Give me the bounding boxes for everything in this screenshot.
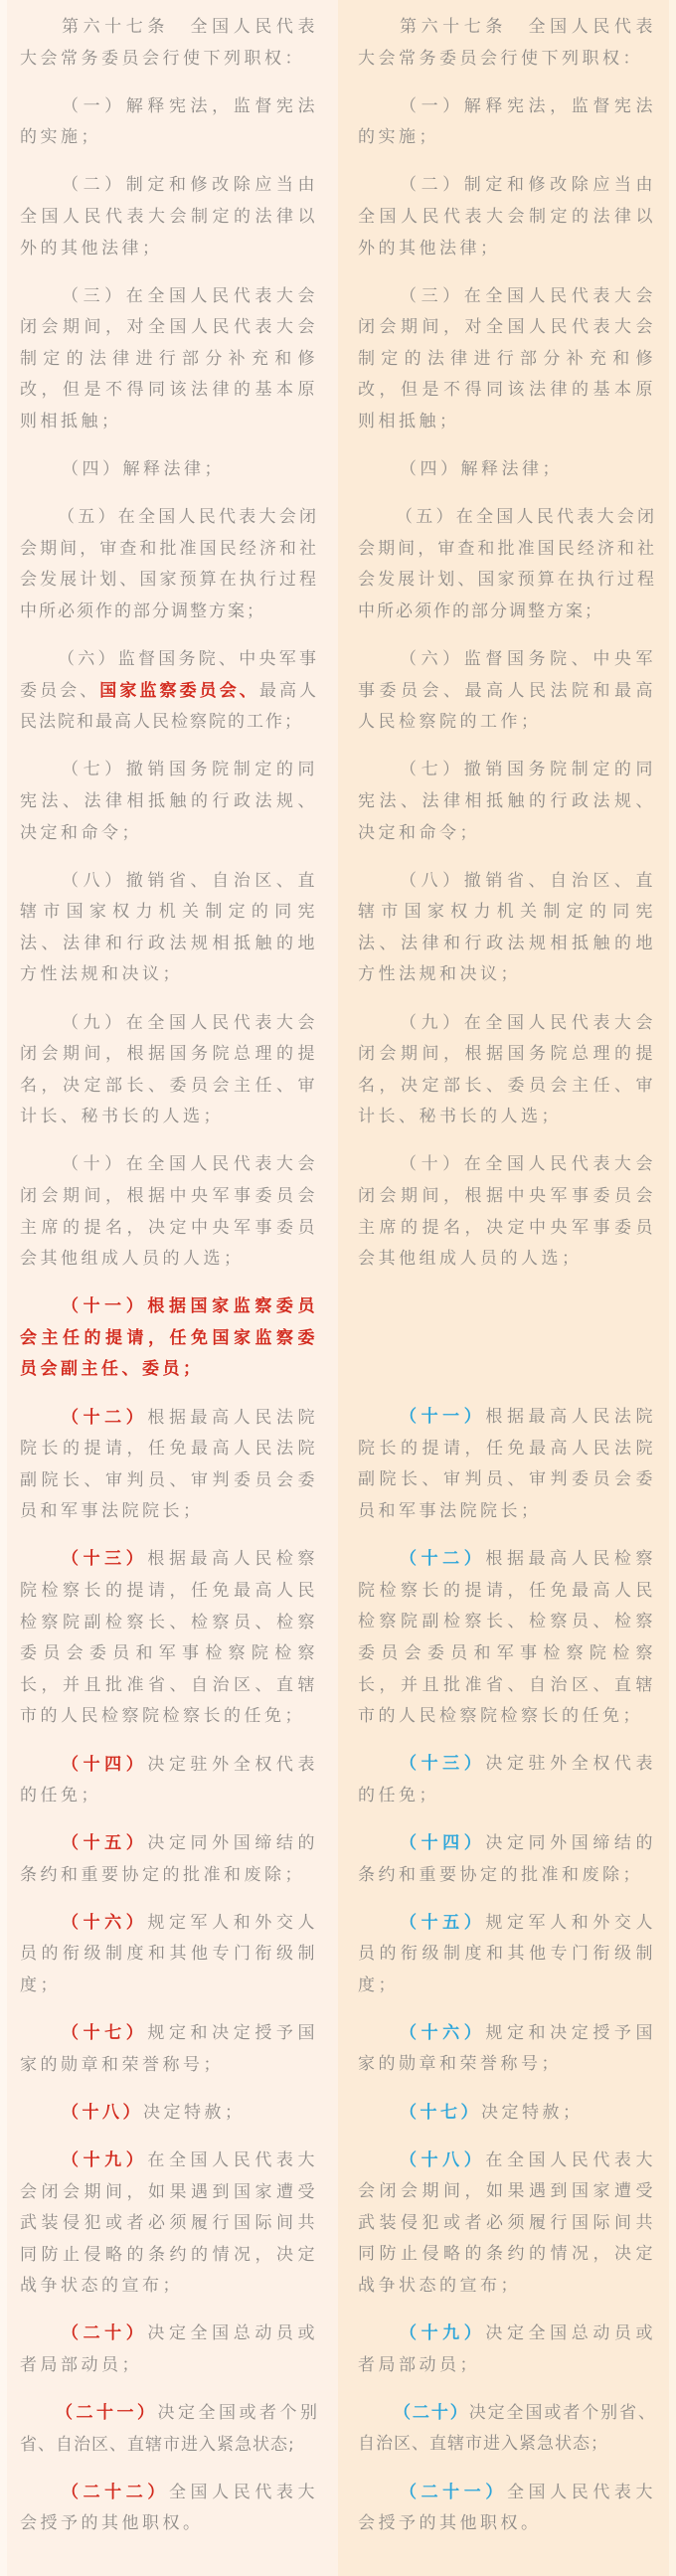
clause-item: （十二）根据最高人民法院院长的提请，任免最高人民法院副院长、审判员、审判委员会委… [20,1403,318,1528]
clause-text: 第六十七条 全国人民代表大会常务委员会行使下列职权： [358,17,656,69]
clause-item: （一）解释宪法，监督宪法的实施； [20,91,318,154]
highlighted-text: （十七） [62,2023,147,2043]
highlighted-text: （二十二） [62,2483,169,2502]
clause-item: （十六）规定军人和外交人员的衔级制度和其他专门衔级制度； [20,1908,318,2002]
clause-item: （四）解释法律； [358,454,656,486]
clause-item: （四）解释法律； [20,454,318,486]
clause-item: （三）在全国人民代表大会闭会期间，对全国人民代表大会制定的法律进行部分补充和修改… [358,281,656,438]
highlighted-text: （十五） [62,1833,147,1853]
clause-item: （十）在全国人民代表大会闭会期间，根据中央军事委员会主席的提名，决定中央军事委员… [20,1149,318,1275]
clause-text: （九）在全国人民代表大会闭会期间，根据国务院总理的提名，决定部长、委员会主任、审… [358,1013,656,1127]
clause-item: （十九）在全国人民代表大会闭会期间，如果遇到国家遭受武装侵犯或者必须履行国际间共… [20,2146,318,2303]
clause-item: （九）在全国人民代表大会闭会期间，根据国务院总理的提名，决定部长、委员会主任、审… [20,1008,318,1133]
clause-item: （八）撤销省、自治区、直辖市国家权力机关制定的同宪法、法律和行政法规相抵触的地方… [358,866,656,991]
clause-item: （十八）在全国人民代表大会闭会期间，如果遇到国家遭受武装侵犯或者必须履行国际间共… [358,2146,656,2303]
clause-text: （四）解释法律； [62,459,225,479]
highlighted-text: （二十） [62,2323,147,2343]
clause-item: （十一）根据最高人民法院院长的提请，任免最高人民法院副院长、审判员、审判委员会委… [358,1402,656,1527]
clause-item: （九）在全国人民代表大会闭会期间，根据国务院总理的提名，决定部长、委员会主任、审… [358,1008,656,1133]
clause-text: 根据最高人民检察院检察长的提请，任免最高人民检察院副检察长、检察员、检察委员会委… [20,1549,318,1726]
highlighted-text: （二十一） [56,2403,158,2423]
clause-item: （十八）决定特赦； [20,2098,318,2130]
highlighted-text: （十二） [62,1408,147,1428]
clause-text: （五）在全国人民代表大会闭会期间，审查和批准国民经济和社会发展计划、国家预算在执… [358,507,656,621]
alignment-spacer [358,1291,656,1402]
clause-item: （六）监督国务院、中央军事委员会、最高人民法院和最高人民检察院的工作； [358,644,656,739]
clause-item: （一）解释宪法，监督宪法的实施； [358,91,656,154]
clause-text: 决定特赦； [143,2103,246,2123]
clause-text: （八）撤销省、自治区、直辖市国家权力机关制定的同宪法、法律和行政法规相抵触的地方… [20,871,318,985]
clause-item: （五）在全国人民代表大会闭会期间，审查和批准国民经济和社会发展计划、国家预算在执… [20,502,318,627]
clause-item: （二十二）全国人民代表大会授予的其他职权。 [20,2478,318,2540]
highlighted-text: （二十一） [400,2483,507,2502]
clause-item: （六）监督国务院、中央军事委员会、国家监察委员会、最高人民法院和最高人民检察院的… [20,644,318,739]
clause-text: （三）在全国人民代表大会闭会期间，对全国人民代表大会制定的法律进行部分补充和修改… [20,286,318,431]
highlighted-text: （十二） [400,1549,485,1569]
article-heading: 第六十七条 全国人民代表大会常务委员会行使下列职权： [20,12,318,75]
clause-item: （十四）决定同外国缔结的条约和重要协定的批准和废除； [358,1828,656,1891]
clause-item: （二十）决定全国或者个别省、自治区、直辖市进入紧急状态； [358,2398,656,2461]
clause-text: （四）解释法律； [400,459,563,479]
clause-item: （十九）决定全国总动员或者局部动员； [358,2318,656,2381]
clause-text: （二）制定和修改除应当由全国人民代表大会制定的法律以外的其他法律； [358,175,656,258]
clause-item: （五）在全国人民代表大会闭会期间，审查和批准国民经济和社会发展计划、国家预算在执… [358,502,656,627]
highlighted-text: （十六） [62,1913,147,1933]
clause-item: （三）在全国人民代表大会闭会期间，对全国人民代表大会制定的法律进行部分补充和修改… [20,281,318,438]
clause-item: （十五）规定军人和外交人员的衔级制度和其他专门衔级制度； [358,1908,656,2002]
clause-text: （九）在全国人民代表大会闭会期间，根据国务院总理的提名，决定部长、委员会主任、审… [20,1013,318,1127]
highlighted-text: （十六） [400,2023,485,2043]
clause-item: （十四）决定驻外全权代表的任免； [20,1750,318,1812]
clause-text: 根据最高人民检察院检察长的提请，任免最高人民检察院副检察长、检察员、检察委员会委… [358,1549,656,1726]
highlighted-text: （十九） [400,2323,485,2343]
clause-text: （一）解释宪法，监督宪法的实施； [358,96,656,148]
clause-text: （十）在全国人民代表大会闭会期间，根据中央军事委员会主席的提名，决定中央军事委员… [358,1154,656,1269]
clause-text: 决定特赦； [481,2103,584,2123]
clause-item: （十五）决定同外国缔结的条约和重要协定的批准和废除； [20,1828,318,1891]
highlighted-text: （十一） [400,1407,485,1427]
clause-text: （一）解释宪法，监督宪法的实施； [20,96,318,148]
clause-item: （十六）规定和决定授予国家的勋章和荣誉称号； [358,2018,656,2081]
clause-item: （十二）根据最高人民检察院检察长的提请，任免最高人民检察院副检察长、检察员、检察… [358,1544,656,1733]
clause-text: （七）撤销国务院制定的同宪法、法律相抵触的行政法规、决定和命令； [20,760,318,842]
clause-text: 在全国人民代表大会闭会期间，如果遇到国家遭受武装侵犯或者必须履行国际间共同防止侵… [358,2150,656,2296]
highlighted-text: （十八） [400,2150,485,2170]
amended-version-column: 第六十七条 全国人民代表大会常务委员会行使下列职权：（一）解释宪法，监督宪法的实… [0,0,338,2576]
clause-item: （八）撤销省、自治区、直辖市国家权力机关制定的同宪法、法律和行政法规相抵触的地方… [20,866,318,991]
clause-item: （七）撤销国务院制定的同宪法、法律相抵触的行政法规、决定和命令； [358,755,656,849]
highlighted-text: （十五） [400,1913,485,1933]
highlighted-text: （十七） [400,2103,481,2123]
article-heading: 第六十七条 全国人民代表大会常务委员会行使下列职权： [358,12,656,75]
clause-text: （八）撤销省、自治区、直辖市国家权力机关制定的同宪法、法律和行政法规相抵触的地方… [358,871,656,985]
highlighted-text: 国家监察委员会、 [99,681,259,701]
original-version-column: 第六十七条 全国人民代表大会常务委员会行使下列职权：（一）解释宪法，监督宪法的实… [338,0,676,2576]
clause-text: （十）在全国人民代表大会闭会期间，根据中央军事委员会主席的提名，决定中央军事委员… [20,1154,318,1269]
clause-text: （五）在全国人民代表大会闭会期间，审查和批准国民经济和社会发展计划、国家预算在执… [20,507,318,621]
clause-item: （十）在全国人民代表大会闭会期间，根据中央军事委员会主席的提名，决定中央军事委员… [358,1149,656,1275]
highlighted-text: （十四） [400,1833,485,1853]
highlighted-text: （十一）根据国家监察委员会主任的提请，任免国家监察委员会副主任、委员； [20,1296,318,1379]
clause-text: 第六十七条 全国人民代表大会常务委员会行使下列职权： [20,17,318,69]
clause-item: （二十一）全国人民代表大会授予的其他职权。 [358,2478,656,2540]
clause-item: （二十一）决定全国或者个别省、自治区、直辖市进入紧急状态; [20,2398,318,2461]
highlighted-text: （二十） [394,2403,469,2423]
clause-item: （二）制定和修改除应当由全国人民代表大会制定的法律以外的其他法律； [358,170,656,264]
clause-text: （七）撤销国务院制定的同宪法、法律相抵触的行政法规、决定和命令； [358,760,656,842]
highlighted-text: （十四） [62,1755,147,1775]
clause-item-new: （十一）根据国家监察委员会主任的提请，任免国家监察委员会副主任、委员； [20,1291,318,1386]
clause-item: （二十）决定全国总动员或者局部动员； [20,2318,318,2381]
highlighted-text: （十九） [62,2150,147,2170]
clause-text: （二）制定和修改除应当由全国人民代表大会制定的法律以外的其他法律； [20,175,318,258]
clause-text: （六）监督国务院、中央军事委员会、最高人民法院和最高人民检察院的工作； [358,649,656,732]
clause-item: （七）撤销国务院制定的同宪法、法律相抵触的行政法规、决定和命令； [20,755,318,849]
constitution-article-comparison: 第六十七条 全国人民代表大会常务委员会行使下列职权：（一）解释宪法，监督宪法的实… [0,0,676,2576]
highlighted-text: （十八） [62,2103,143,2123]
clause-item: （十三）根据最高人民检察院检察长的提请，任免最高人民检察院副检察长、检察员、检察… [20,1544,318,1733]
highlighted-text: （十三） [62,1549,147,1569]
clause-text: 在全国人民代表大会闭会期间，如果遇到国家遭受武装侵犯或者必须履行国际间共同防止侵… [20,2150,318,2296]
clause-item: （十七）决定特赦； [358,2098,656,2130]
clause-text: （三）在全国人民代表大会闭会期间，对全国人民代表大会制定的法律进行部分补充和修改… [358,286,656,431]
clause-item: （二）制定和修改除应当由全国人民代表大会制定的法律以外的其他法律； [20,170,318,264]
clause-item: （十七）规定和决定授予国家的勋章和荣誉称号； [20,2018,318,2081]
clause-item: （十三）决定驻外全权代表的任免； [358,1749,656,1811]
highlighted-text: （十三） [400,1754,485,1774]
